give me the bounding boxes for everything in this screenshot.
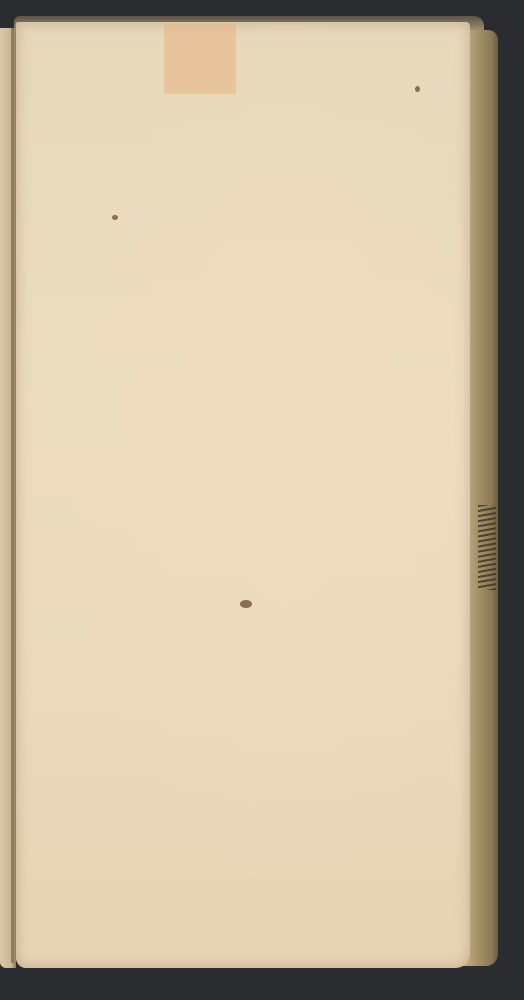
paper-spot — [112, 215, 118, 220]
gutter-line — [11, 28, 14, 963]
blank-page — [16, 22, 470, 968]
library-stamp — [164, 24, 236, 94]
edge-stain — [478, 505, 496, 590]
paper-spot — [240, 600, 252, 608]
paper-spot — [415, 86, 420, 92]
